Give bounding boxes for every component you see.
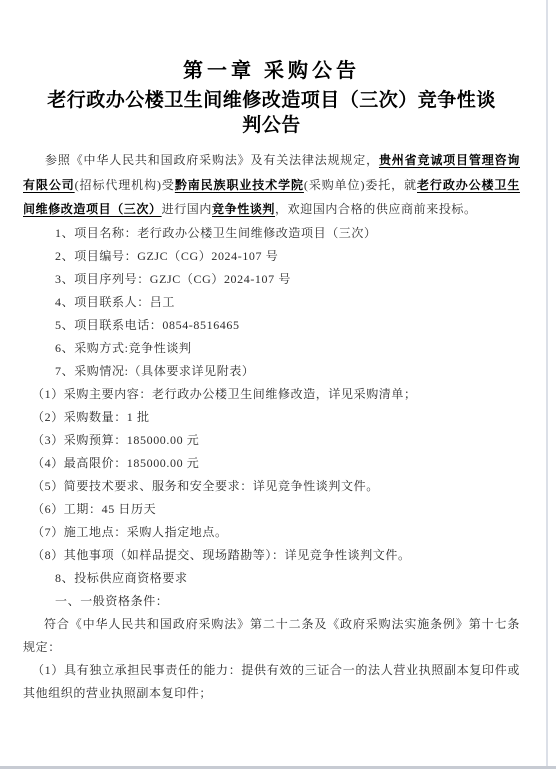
item-contact-phone: 5、项目联系电话：0854-8516465 [23, 314, 520, 337]
item-supplier-qualification: 8、投标供应商资格要求 [23, 567, 520, 590]
detail-tech-requirements: （5）简要技术要求、服务和安全要求：详见竞争性谈判文件。 [23, 475, 520, 498]
item-procurement-info: 7、采购情况:（具体要求详见附表） [23, 360, 520, 383]
general-condition-1: （1）具有独立承担民事责任的能力：提供有效的三证合一的法人营业执照副本复印件或其… [23, 659, 520, 705]
detail-main-content: （1）采购主要内容：老行政办公楼卫生间维修改造，详见采购清单； [23, 383, 520, 406]
detail-other-matters: （8）其他事项（如样品提交、现场踏勘等）：详见竞争性谈判文件。 [23, 544, 520, 567]
document-content: 第一章 采购公告 老行政办公楼卫生间维修改造项目（三次）竞争性谈判公告 参照《中… [23, 58, 520, 705]
detail-location: （7）施工地点：采购人指定地点。 [23, 521, 520, 544]
detail-duration: （6）工期：45 日历天 [23, 498, 520, 521]
item-contact-person: 4、项目联系人：吕工 [23, 291, 520, 314]
intro-seg-5: ，欢迎国内合格的供应商前来投标。 [275, 202, 477, 216]
detail-price-limit: （4）最高限价：185000.00 元 [23, 452, 520, 475]
item-project-name: 1、项目名称：老行政办公楼卫生间维修改造项目（三次） [23, 222, 520, 245]
item-project-number: 2、项目编号：GZJC（CG）2024-107 号 [23, 245, 520, 268]
page-edge-right [546, 0, 548, 767]
chapter-title: 第一章 采购公告 [23, 58, 520, 84]
purchaser-name: 黔南民族职业技术学院 [175, 178, 304, 192]
procurement-method: 竞争性谈判 [212, 202, 275, 216]
intro-paragraph: 参照《中华人民共和国政府采购法》及有关法律法规规定，贵州省竞诚项目管理咨询有限公… [23, 148, 520, 222]
item-procurement-method: 6、采购方式:竞争性谈判 [23, 337, 520, 360]
general-conditions-intro: 符合《中华人民共和国政府采购法》第二十二条及《政府采购法实施条例》第十七条规定： [23, 613, 520, 659]
general-conditions-title: 一、一般资格条件： [23, 590, 520, 613]
intro-seg-2: (招标代理机构)受 [75, 178, 175, 192]
detail-quantity: （2）采购数量：1 批 [23, 406, 520, 429]
notice-title: 老行政办公楼卫生间维修改造项目（三次）竞争性谈判公告 [41, 88, 503, 138]
intro-seg-3: (采购单位)委托，就 [304, 178, 417, 192]
detail-budget: （3）采购预算：185000.00 元 [23, 429, 520, 452]
page-edge-bottom [0, 766, 556, 769]
item-project-serial: 3、项目序列号：GZJC（CG）2024-107 号 [23, 268, 520, 291]
intro-seg-4: 进行国内 [162, 202, 212, 216]
intro-seg-1: 参照《中华人民共和国政府采购法》及有关法律法规规定， [45, 153, 379, 167]
